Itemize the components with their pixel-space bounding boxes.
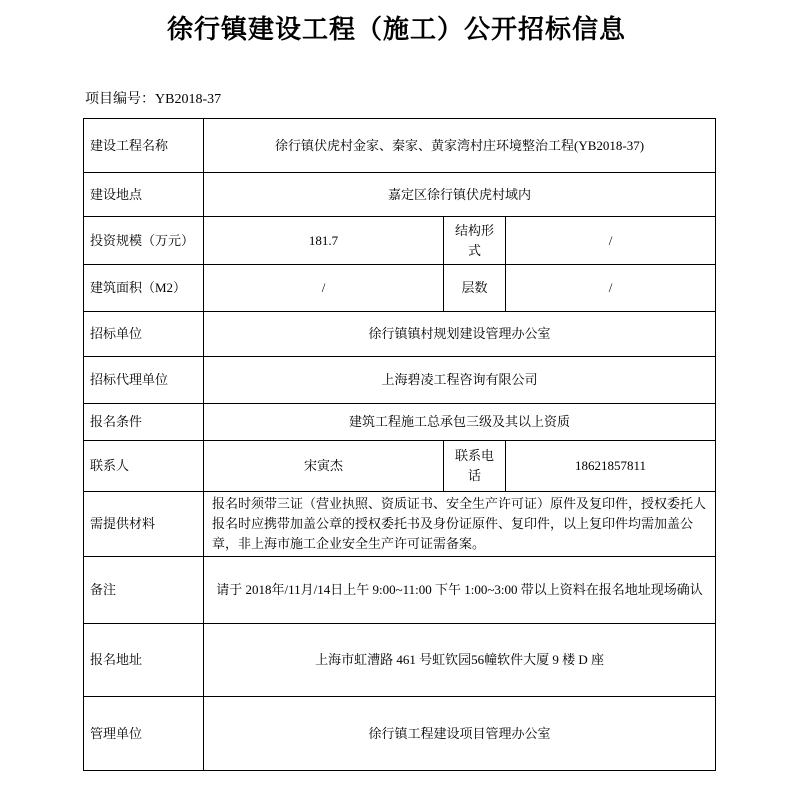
table-row-registration-address: 报名地址 上海市虹漕路 461 号虹钦园56幢软件大厦 9 楼 D 座 <box>84 624 716 697</box>
row-value: 181.7 <box>204 217 444 265</box>
project-number: 项目编号：YB2018-37 <box>85 90 793 109</box>
row-subvalue: / <box>506 217 716 265</box>
table-row-remarks: 备注 请于 2018年/11月/14日上午 9:00~11:00 下午 1:00… <box>84 557 716 624</box>
document-page: 徐行镇建设工程（施工）公开招标信息 项目编号：YB2018-37 建设工程名称 … <box>0 0 793 803</box>
row-label: 备注 <box>84 557 204 624</box>
row-sublabel: 联系电话 <box>444 441 506 492</box>
page-title: 徐行镇建设工程（施工）公开招标信息 <box>0 0 793 46</box>
row-label: 建设工程名称 <box>84 119 204 173</box>
row-value: 嘉定区徐行镇伏虎村域内 <box>204 173 716 217</box>
row-label: 报名地址 <box>84 624 204 697</box>
row-value: 宋寅杰 <box>204 441 444 492</box>
table-row-location: 建设地点 嘉定区徐行镇伏虎村域内 <box>84 173 716 217</box>
row-value: 徐行镇工程建设项目管理办公室 <box>204 697 716 771</box>
table-row-required-materials: 需提供材料 报名时须带三证（营业执照、资质证书、安全生产许可证）原件及复印件，授… <box>84 492 716 557</box>
row-label: 需提供材料 <box>84 492 204 557</box>
table-row-investment: 投资规模（万元） 181.7 结构形式 / <box>84 217 716 265</box>
table-row-project-name: 建设工程名称 徐行镇伏虎村金家、秦家、黄家湾村庄环境整治工程(YB2018-37… <box>84 119 716 173</box>
row-value: 徐行镇伏虎村金家、秦家、黄家湾村庄环境整治工程(YB2018-37) <box>204 119 716 173</box>
bidding-info-table: 建设工程名称 徐行镇伏虎村金家、秦家、黄家湾村庄环境整治工程(YB2018-37… <box>83 118 716 771</box>
row-subvalue: / <box>506 265 716 312</box>
row-sublabel: 层数 <box>444 265 506 312</box>
table-row-agency: 招标代理单位 上海碧凌工程咨询有限公司 <box>84 357 716 404</box>
row-value: 徐行镇镇村规划建设管理办公室 <box>204 312 716 357</box>
row-value: 报名时须带三证（营业执照、资质证书、安全生产许可证）原件及复印件，授权委托人报名… <box>204 492 716 557</box>
table-row-contact: 联系人 宋寅杰 联系电话 18621857811 <box>84 441 716 492</box>
row-label: 报名条件 <box>84 404 204 441</box>
table-row-management-unit: 管理单位 徐行镇工程建设项目管理办公室 <box>84 697 716 771</box>
row-value: 上海碧凌工程咨询有限公司 <box>204 357 716 404</box>
row-label: 投资规模（万元） <box>84 217 204 265</box>
table-row-floor-area: 建筑面积（M2） / 层数 / <box>84 265 716 312</box>
row-value: 请于 2018年/11月/14日上午 9:00~11:00 下午 1:00~3:… <box>204 557 716 624</box>
row-label: 建筑面积（M2） <box>84 265 204 312</box>
row-label: 建设地点 <box>84 173 204 217</box>
row-value: / <box>204 265 444 312</box>
row-label: 招标单位 <box>84 312 204 357</box>
row-value: 建筑工程施工总承包三级及其以上资质 <box>204 404 716 441</box>
row-sublabel: 结构形式 <box>444 217 506 265</box>
row-label: 联系人 <box>84 441 204 492</box>
table-row-qualification: 报名条件 建筑工程施工总承包三级及其以上资质 <box>84 404 716 441</box>
row-label: 管理单位 <box>84 697 204 771</box>
row-label: 招标代理单位 <box>84 357 204 404</box>
row-value: 上海市虹漕路 461 号虹钦园56幢软件大厦 9 楼 D 座 <box>204 624 716 697</box>
row-subvalue: 18621857811 <box>506 441 716 492</box>
table-row-tendering-unit: 招标单位 徐行镇镇村规划建设管理办公室 <box>84 312 716 357</box>
